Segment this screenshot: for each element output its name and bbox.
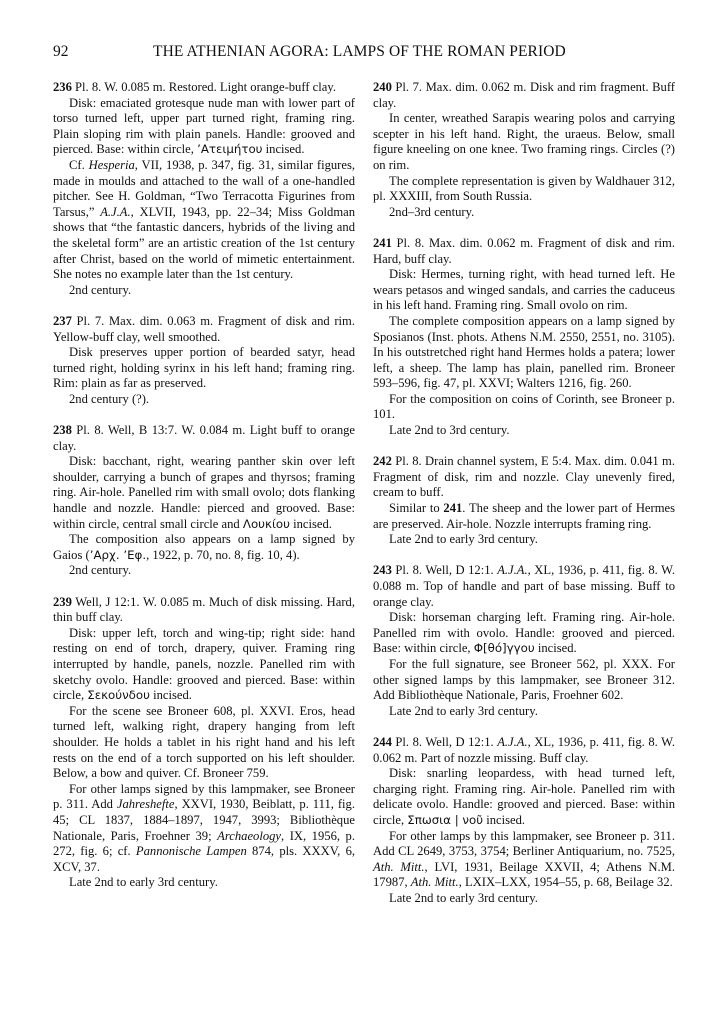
entry-number: 244 (373, 735, 392, 749)
citation-title: A.J.A. (497, 563, 527, 577)
catalogue-entry-239: 239 Well, J 12:1. W. 0.085 m. Much of di… (53, 595, 355, 891)
entry-commentary: Cf. Hesperia, VII, 1938, p. 347, fig. 31… (53, 158, 355, 283)
entry-number: 239 (53, 595, 72, 609)
greek-inscription: Λουκίου (243, 517, 290, 531)
entry-commentary: The composition also appears on a lamp s… (53, 532, 355, 563)
catalogue-entry-237: 237 Pl. 7. Max. dim. 0.063 m. Fragment o… (53, 314, 355, 408)
entry-references: For other lamps signed by this lampmaker… (53, 782, 355, 876)
catalogue-entry-244: 244 Pl. 8. Well, D 12:1. A.J.A., XL, 193… (373, 735, 675, 907)
entry-description: Disk: Hermes, turning right, with head t… (373, 267, 675, 314)
entry-date: 2nd century. (53, 283, 355, 299)
entry-intro: 240 Pl. 7. Max. dim. 0.062 m. Disk and r… (373, 80, 675, 111)
entry-description: Disk: snarling leopardess, with head tur… (373, 766, 675, 828)
entry-date: 2nd century. (53, 563, 355, 579)
greek-inscription: ’Ατειμήτου (197, 142, 262, 156)
greek-inscription: Σπωσια | νοῦ (407, 813, 483, 827)
entry-references: For the composition on coins of Corinth,… (373, 392, 675, 423)
citation-title: A.J.A. (100, 205, 130, 219)
entry-number: 243 (373, 563, 392, 577)
entry-intro: 244 Pl. 8. Well, D 12:1. A.J.A., XL, 193… (373, 735, 675, 766)
entry-number: 238 (53, 423, 72, 437)
catalogue-entry-241: 241 Pl. 8. Max. dim. 0.062 m. Fragment o… (373, 236, 675, 439)
entry-description: Similar to 241. The sheep and the lower … (373, 501, 675, 532)
entry-references: For other lamps by this lampmaker, see B… (373, 829, 675, 891)
entry-description: Disk: horseman charging left. Framing ri… (373, 610, 675, 657)
citation-title: Archaeology (217, 829, 281, 843)
catalogue-entry-238: 238 Pl. 8. Well, B 13:7. W. 0.084 m. Lig… (53, 423, 355, 579)
catalogue-entry-240: 240 Pl. 7. Max. dim. 0.062 m. Disk and r… (373, 80, 675, 220)
entry-cross-reference: 241 (443, 501, 462, 515)
entry-intro: 236 Pl. 8. W. 0.085 m. Restored. Light o… (53, 80, 355, 96)
catalogue-entry-243: 243 Pl. 8. Well, D 12:1. A.J.A., XL, 193… (373, 563, 675, 719)
running-title: THE ATHENIAN AGORA: LAMPS OF THE ROMAN P… (153, 42, 566, 62)
left-column: 236 Pl. 8. W. 0.085 m. Restored. Light o… (53, 80, 355, 906)
entry-intro: 239 Well, J 12:1. W. 0.085 m. Much of di… (53, 595, 355, 626)
greek-inscription: Σεκούνδου (87, 688, 150, 702)
page-header: 92 THE ATHENIAN AGORA: LAMPS OF THE ROMA… (53, 42, 675, 62)
entry-description: Disk: emaciated grotesque nude man with … (53, 96, 355, 158)
entry-number: 241 (373, 236, 392, 250)
entry-number: 240 (373, 80, 392, 94)
page-number: 92 (53, 42, 69, 62)
entry-date: Late 2nd to 3rd century. (373, 423, 675, 439)
entry-date: Late 2nd to early 3rd century. (373, 532, 675, 548)
citation-title: Ath. Mitt. (373, 860, 425, 874)
entry-number: 236 (53, 80, 72, 94)
citation-title: Hesperia (89, 158, 135, 172)
right-column: 240 Pl. 7. Max. dim. 0.062 m. Disk and r… (373, 80, 675, 922)
entry-date: Late 2nd to early 3rd century. (53, 875, 355, 891)
citation-title: A.J.A. (497, 735, 527, 749)
entry-commentary: For the scene see Broneer 608, pl. XXVI.… (53, 704, 355, 782)
entry-date: 2nd–3rd century. (373, 205, 675, 221)
entry-date: 2nd century (?). (53, 392, 355, 408)
citation-title: Pannonische Lampen (136, 844, 247, 858)
entry-intro: 238 Pl. 8. Well, B 13:7. W. 0.084 m. Lig… (53, 423, 355, 454)
entry-commentary: The complete representation is given by … (373, 174, 675, 205)
citation-title: Jahreshefte (117, 797, 175, 811)
entry-description: Disk: upper left, torch and wing-tip; ri… (53, 626, 355, 704)
catalogue-entry-236: 236 Pl. 8. W. 0.085 m. Restored. Light o… (53, 80, 355, 298)
entry-description: Disk preserves upper portion of bearded … (53, 345, 355, 392)
entry-number: 237 (53, 314, 72, 328)
entry-intro: 242 Pl. 8. Drain channel system, E 5:4. … (373, 454, 675, 501)
entry-intro: 237 Pl. 7. Max. dim. 0.063 m. Fragment o… (53, 314, 355, 345)
greek-inscription: Φ[θό]γγου (474, 641, 535, 655)
entry-description: In center, wreathed Sarapis wearing polo… (373, 111, 675, 173)
entry-date: Late 2nd to early 3rd century. (373, 891, 675, 907)
greek-citation: ’Αρχ. ’Εφ. (90, 548, 146, 562)
entry-number: 242 (373, 454, 392, 468)
catalogue-entry-242: 242 Pl. 8. Drain channel system, E 5:4. … (373, 454, 675, 548)
entry-date: Late 2nd to early 3rd century. (373, 704, 675, 720)
entry-references: For the full signature, see Broneer 562,… (373, 657, 675, 704)
entry-commentary: The complete composition appears on a la… (373, 314, 675, 392)
entry-intro: 241 Pl. 8. Max. dim. 0.062 m. Fragment o… (373, 236, 675, 267)
entry-intro: 243 Pl. 8. Well, D 12:1. A.J.A., XL, 193… (373, 563, 675, 610)
entry-description: Disk: bacchant, right, wearing panther s… (53, 454, 355, 532)
citation-title: Ath. Mitt. (411, 875, 459, 889)
